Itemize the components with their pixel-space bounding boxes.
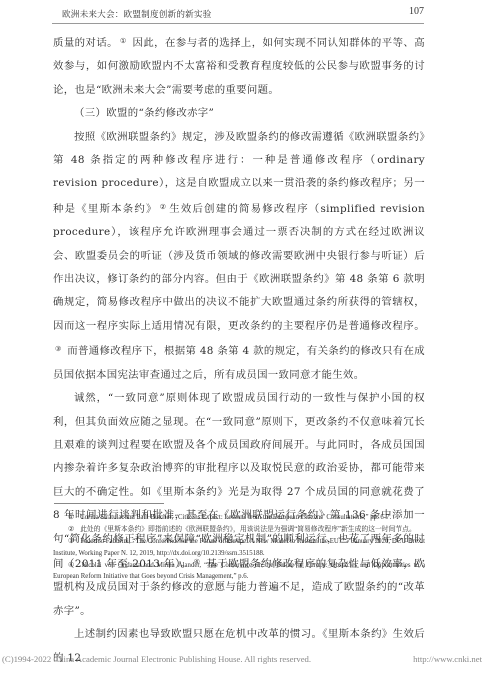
running-title: 欧洲未来大会：欧盟制度创新的新实验 [62,8,212,20]
running-header: 欧洲未来大会：欧盟制度创新的新实验 107 [52,6,424,24]
footnote-text: Federico Fabbrini, “The Conference on th… [53,538,425,556]
paragraph-1: 质量的对话。① 因此，在参与者的选择上，如何实现不同认知群体的平等、高效参与，如… [53,30,425,102]
footnote-separator [54,503,164,504]
footnote-text: 此处的《里斯本条约》即指前述的《欧洲联盟条约》，用该说法是为强调“简易修改程序”… [80,526,416,533]
footnotes: ①Corina Stratulat and Paul Butcher, “Cit… [53,512,425,583]
cnki-footer: (C)1994-2022 China Academic Journal Elec… [2,654,484,664]
text-span: 质量的对话。 [53,37,118,49]
footnote-ref-3[interactable]: ③ [55,345,62,353]
footnote-mark: ④ [68,562,76,569]
text-span: 而普通修改程序下，根据第 48 条第 4 款的规定，有关条约的修改只有在成员国依… [53,345,425,380]
footnote-1: ①Corina Stratulat and Paul Butcher, “Cit… [53,512,425,523]
section-heading: （三）欧盟的“条约修改赤字” [53,102,425,125]
text-span: 生效后创建的简易修改程序（simplified revision procedu… [53,203,425,332]
paragraph-2: 按照《欧洲联盟条约》规定，涉及欧盟条约的修改需遵循《欧洲联盟条约》第 48 条指… [53,126,425,387]
footnote-2: ②此处的《里斯本条约》即指前述的《欧洲联盟条约》，用该说法是为强调“简易修改程序… [53,524,425,535]
paragraph-3: 诚然，“一致同意”原则体现了欧盟成员国行动的一致性与保护小国的权利，但其负面效应… [53,387,425,623]
page-number: 107 [409,6,424,17]
footnote-text: Nicolai von Ondarza and Minna Ålander, “… [53,562,425,580]
footnote-ref-1[interactable]: ① [120,37,127,45]
footnote-mark: ① [68,514,74,521]
footnote-mark: ② [68,526,74,533]
copyright-text: (C)1994-2022 China Academic Journal Elec… [2,654,311,664]
footnote-4: ④Nicolai von Ondarza and Minna Ålander, … [53,560,425,582]
footnote-ref-2[interactable]: ② [160,203,168,211]
footnote-text: Corina Stratulat and Paul Butcher, “Citi… [80,514,391,521]
footnote-mark: ③ [68,538,74,545]
cnki-link[interactable]: http://www.cnki.net [413,654,482,664]
footnote-3: ③Federico Fabbrini, “The Conference on t… [53,536,425,558]
